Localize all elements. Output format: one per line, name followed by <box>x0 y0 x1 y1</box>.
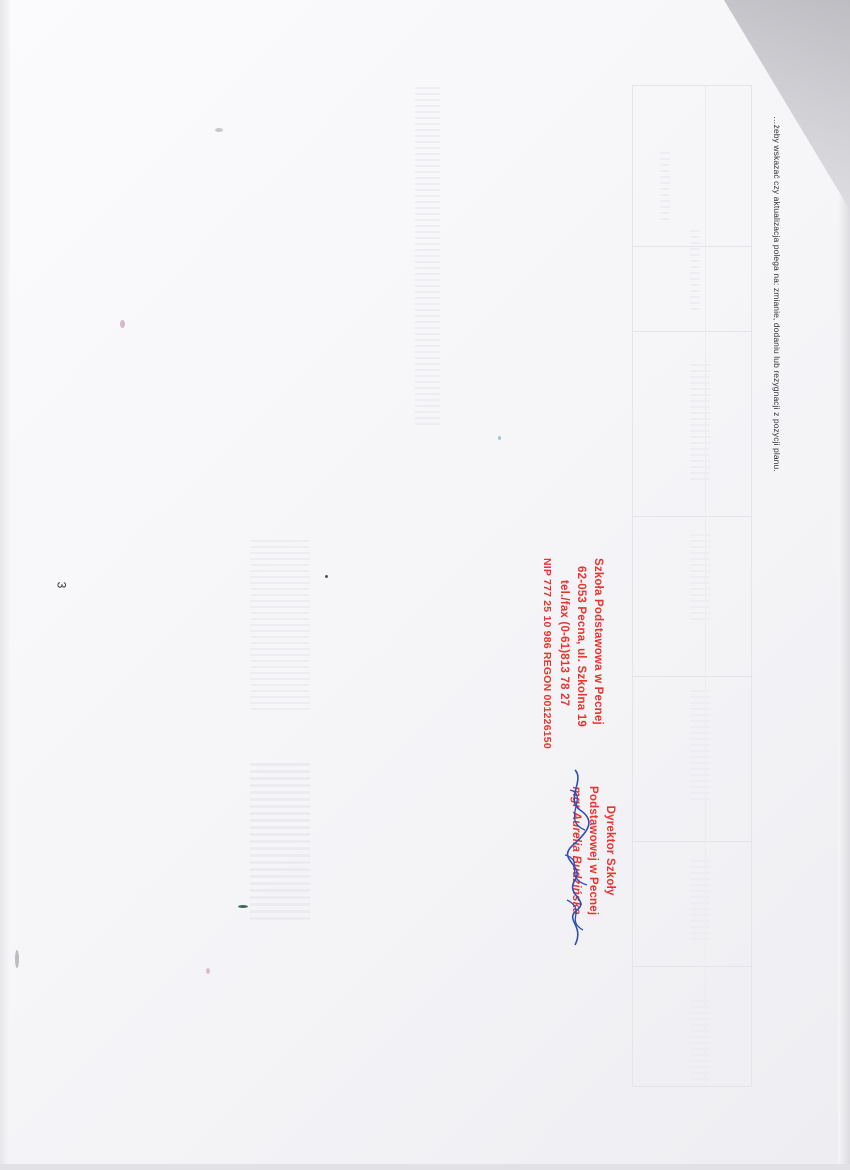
show-through-text <box>690 530 710 620</box>
show-through-text <box>690 1000 710 1080</box>
school-stamp: Szkoła Podstawowa w Pecnej 62-053 Pecna,… <box>538 558 606 749</box>
scan-speck <box>15 950 19 968</box>
show-through-text <box>415 85 440 425</box>
show-through-text <box>690 360 710 480</box>
show-through-text <box>660 150 670 220</box>
school-stamp-address: 62-053 Pecna, ul. Szkolna 19 <box>572 558 589 749</box>
show-through-stamp <box>250 540 310 710</box>
handwritten-signature <box>545 760 635 950</box>
scan-speck <box>238 905 248 908</box>
page-number: 3 <box>54 582 68 589</box>
school-stamp-phone: tel./fax (0-61)813 78 27 <box>555 558 572 749</box>
scan-speck <box>215 128 223 132</box>
scan-speck <box>206 968 210 974</box>
page-edge-bottom <box>0 1164 850 1170</box>
page-edge-left <box>0 0 10 1170</box>
show-through-stamp <box>250 760 310 920</box>
scanned-page: …żeby wskazać czy aktualizacja polega na… <box>0 0 850 1170</box>
show-through-text <box>690 230 700 310</box>
scan-speck <box>120 320 125 328</box>
scan-speck <box>498 436 501 440</box>
show-through-text <box>690 690 710 800</box>
scan-speck <box>325 575 328 578</box>
footnote-text: …żeby wskazać czy aktualizacja polega na… <box>772 116 782 472</box>
show-through-text <box>690 860 710 940</box>
school-stamp-name: Szkoła Podstawowa w Pecnej <box>589 558 606 749</box>
school-stamp-ids: NIP 777 25 10 986 REGON 001226150 <box>538 558 555 749</box>
